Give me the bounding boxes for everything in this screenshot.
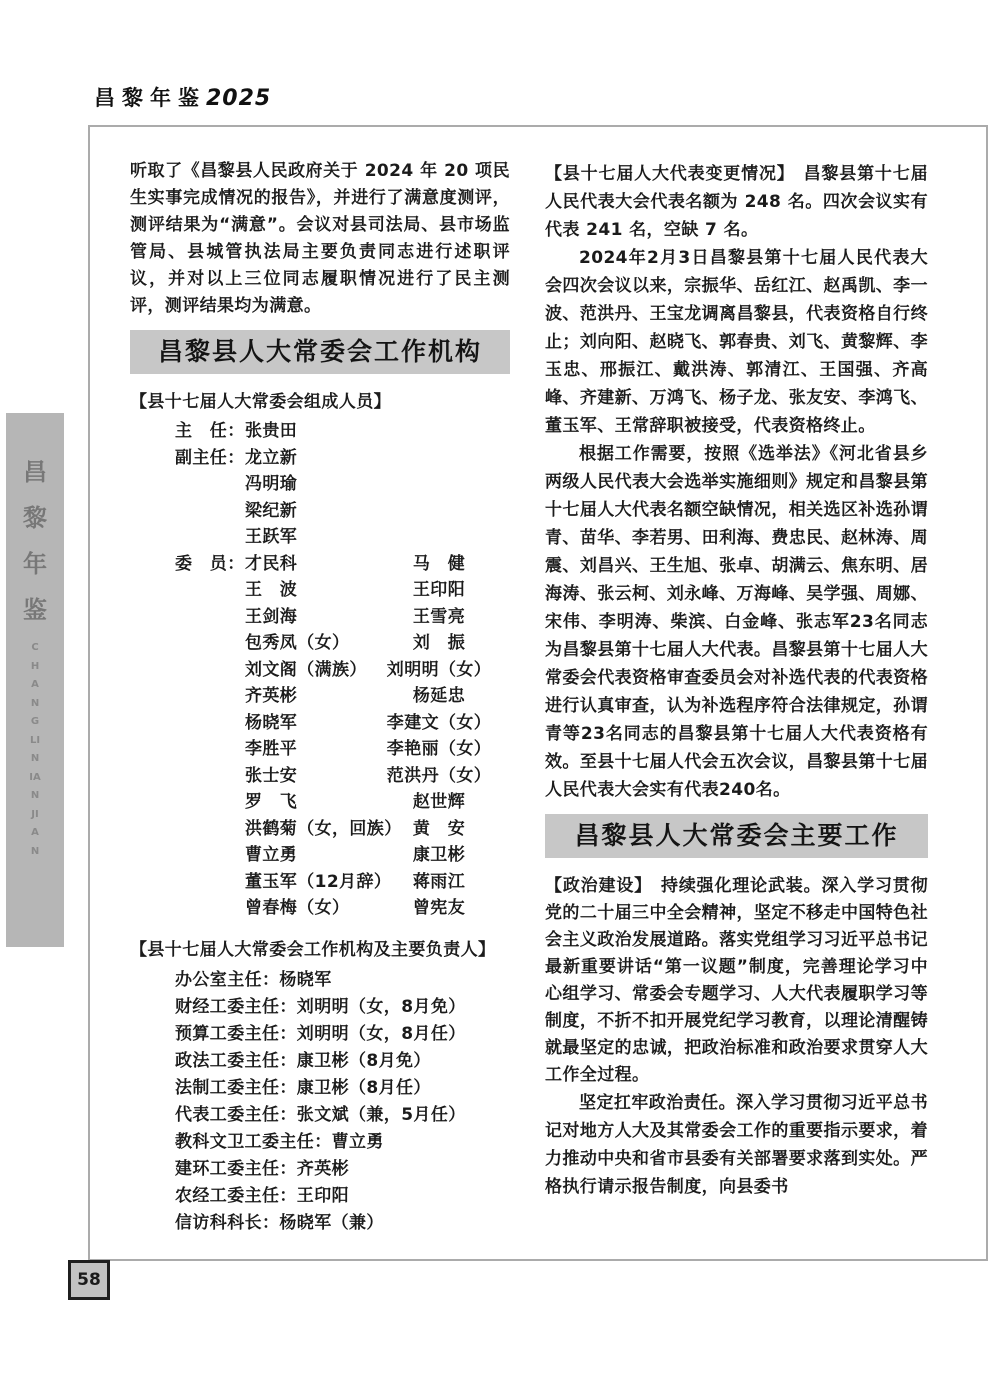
member-name: 王剑海	[245, 604, 297, 631]
member-name: 才民科	[245, 551, 297, 578]
page-number: 58	[68, 1260, 110, 1300]
duty-item: 代表工委主任：张文斌（兼，5月任）	[130, 1102, 510, 1129]
member-name: 梁纪新	[245, 498, 297, 525]
member-row: 冯明瑜	[130, 471, 510, 498]
member-row: 李胜平李艳丽（女）	[130, 736, 510, 763]
member-name: 冯明瑜	[245, 471, 297, 498]
duty-item: 政法工委主任：康卫彬（8月免）	[130, 1048, 510, 1075]
org-heading: 【县十七届人大常委会工作机构及主要负责人】	[130, 937, 510, 964]
member-name: 杨晓军	[245, 710, 297, 737]
member-role: 委 员：	[175, 551, 245, 578]
member-name: 王跃军	[245, 524, 297, 551]
duty-item: 信访科科长：杨晓军（兼）	[130, 1210, 510, 1237]
member-row: 董玉军（12月辞）蒋雨江	[130, 869, 510, 896]
section-heading-work-organs: 昌黎县人大常委会工作机构	[130, 330, 510, 374]
member-row: 洪鹤菊（女，回族）黄 安	[130, 816, 510, 843]
members-list: 主 任：张贵田 副主任：龙立新 冯明瑜 梁纪新 王跃军 委 员：才民科马 健 王…	[130, 418, 510, 922]
member-row: 梁纪新	[130, 498, 510, 525]
member-row: 主 任：张贵田	[130, 418, 510, 445]
member-name: 黄 安	[368, 816, 510, 843]
intro-paragraph: 听取了《昌黎县人民政府关于 2024 年 20 项民生实事完成情况的报告》，并进…	[130, 158, 510, 320]
sidebar-romanization: CHANGLINIANJIAN	[29, 639, 41, 861]
logo-title: 昌黎年鉴	[94, 86, 206, 110]
member-name: 罗 飞	[245, 789, 297, 816]
member-name: 蒋雨江	[368, 869, 510, 896]
duty-item: 财经工委主任：刘明明（女，8月免）	[130, 994, 510, 1021]
logo-year: 2025	[206, 86, 271, 111]
delegate-change-paragraph: 【县十七届人大代表变更情况】昌黎县第十七届人民代表大会代表名额为 248 名。四…	[545, 160, 928, 244]
politics-paragraph: 【政治建设】持续强化理论武装。深入学习贯彻党的二十届三中全会精神，坚定不移走中国…	[545, 873, 928, 1089]
member-row: 刘文阁（满族）刘明明（女）	[130, 657, 510, 684]
member-role: 副主任：	[175, 445, 245, 472]
member-row: 张士安范洪丹（女）	[130, 763, 510, 790]
yearbook-logo: 昌黎年鉴2025	[94, 82, 271, 112]
duty-item: 法制工委主任：康卫彬（8月任）	[130, 1075, 510, 1102]
member-name: 张贵田	[245, 418, 297, 445]
member-name: 刘文阁（满族）	[245, 657, 367, 684]
sidebar-title-vertical: 昌黎年鉴	[21, 449, 49, 633]
member-name: 张士安	[245, 763, 297, 790]
member-row: 委 员：才民科马 健	[130, 551, 510, 578]
member-name: 王雪亮	[368, 604, 510, 631]
member-name: 曾春梅（女）	[245, 895, 349, 922]
terminate-paragraph: 2024年2月3日昌黎县第十七届人民代表大会四次会议以来，宗振华、岳红江、赵禹凯…	[545, 244, 928, 440]
member-name: 龙立新	[245, 445, 297, 472]
duty-item: 预算工委主任：刘明明（女，8月任）	[130, 1021, 510, 1048]
member-row: 齐英彬杨延忠	[130, 683, 510, 710]
duty-item: 建环工委主任：齐英彬	[130, 1156, 510, 1183]
member-row: 杨晓军李建文（女）	[130, 710, 510, 737]
member-name: 康卫彬	[368, 842, 510, 869]
member-row: 曾春梅（女）曾宪友	[130, 895, 510, 922]
member-role: 主 任：	[175, 418, 245, 445]
politics-heading: 【政治建设】	[545, 876, 652, 896]
member-row: 副主任：龙立新	[130, 445, 510, 472]
member-name: 刘 振	[368, 630, 510, 657]
member-row: 曹立勇康卫彬	[130, 842, 510, 869]
member-name: 李艳丽（女）	[368, 736, 510, 763]
member-name: 曾宪友	[368, 895, 510, 922]
delegate-change-heading: 【县十七届人大代表变更情况】	[545, 164, 795, 184]
responsibility-paragraph: 坚定扛牢政治责任。深入学习贯彻习近平总书记对地方人大及其常委会工作的重要指示要求…	[545, 1089, 928, 1201]
sidebar-tab: 昌黎年鉴 CHANGLINIANJIAN	[6, 413, 64, 947]
member-name: 齐英彬	[245, 683, 297, 710]
member-name: 赵世辉	[368, 789, 510, 816]
member-row: 王 波王印阳	[130, 577, 510, 604]
left-column: 听取了《昌黎县人民政府关于 2024 年 20 项民生实事完成情况的报告》，并进…	[130, 158, 510, 1237]
member-name: 王 波	[245, 577, 297, 604]
member-row: 王跃军	[130, 524, 510, 551]
member-row: 包秀凤（女）刘 振	[130, 630, 510, 657]
member-name: 杨延忠	[368, 683, 510, 710]
member-name: 李胜平	[245, 736, 297, 763]
member-name: 包秀凤（女）	[245, 630, 349, 657]
member-row: 罗 飞赵世辉	[130, 789, 510, 816]
members-heading: 【县十七届人大常委会组成人员】	[130, 389, 510, 416]
member-name: 范洪丹（女）	[368, 763, 510, 790]
member-name: 王印阳	[368, 577, 510, 604]
byelection-paragraph: 根据工作需要，按照《选举法》《河北省县乡两级人民代表大会选举实施细则》规定和昌黎…	[545, 440, 928, 804]
duty-item: 教科文卫工委主任：曹立勇	[130, 1129, 510, 1156]
org-duty-list: 办公室主任：杨晓军 财经工委主任：刘明明（女，8月免） 预算工委主任：刘明明（女…	[130, 967, 510, 1237]
duty-item: 农经工委主任：王印阳	[130, 1183, 510, 1210]
member-name: 马 健	[368, 551, 510, 578]
member-row: 王剑海王雪亮	[130, 604, 510, 631]
politics-text: 持续强化理论武装。深入学习贯彻党的二十届三中全会精神，坚定不移走中国特色社会主义…	[545, 876, 928, 1085]
right-column: 【县十七届人大代表变更情况】昌黎县第十七届人民代表大会代表名额为 248 名。四…	[545, 158, 928, 1201]
member-name: 曹立勇	[245, 842, 297, 869]
member-name: 李建文（女）	[368, 710, 510, 737]
member-name: 刘明明（女）	[368, 657, 510, 684]
section-heading-main-work: 昌黎县人大常委会主要工作	[545, 814, 928, 858]
duty-item: 办公室主任：杨晓军	[130, 967, 510, 994]
